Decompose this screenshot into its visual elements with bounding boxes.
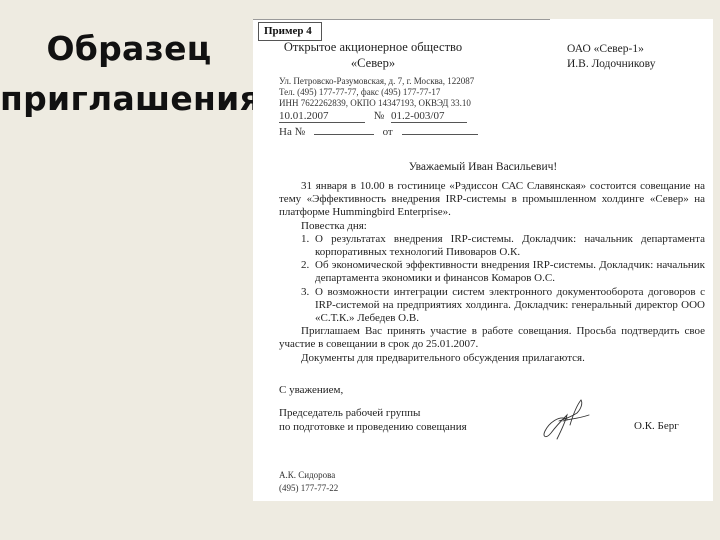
registration-line: 10.01.2007 № 01.2-003/07 bbox=[279, 110, 467, 123]
invitation-paragraph: Приглашаем Вас принять участие в работе … bbox=[279, 325, 705, 351]
ref-from-label: от bbox=[383, 126, 393, 138]
agenda-item-text: О возможности интеграции систем электрон… bbox=[315, 286, 705, 324]
greeting: Уважаемый Иван Васильевич! bbox=[253, 161, 713, 173]
executor-phone: (495) 177-77-22 bbox=[279, 482, 338, 495]
attachments-note: Документы для предварительного обсуждени… bbox=[279, 352, 705, 365]
agenda-list: 1. О результатах внедрения IRP-системы. … bbox=[279, 233, 705, 325]
reference-line: На № от bbox=[279, 123, 478, 139]
ref-label: На № bbox=[279, 126, 305, 138]
signatory-title-line-2: по подготовке и проведению совещания bbox=[279, 420, 467, 434]
number-label: № bbox=[374, 110, 385, 122]
sender-org-block: Открытое акционерное общество «Север» bbox=[273, 39, 473, 71]
signature-icon bbox=[537, 397, 597, 443]
signatory-name: О.К. Берг bbox=[634, 420, 679, 432]
slide-title: Образец приглашения bbox=[0, 24, 258, 124]
intro-paragraph: 31 января в 10.00 в гостинице «Рэдиссон … bbox=[279, 180, 705, 220]
letter-date: 10.01.2007 bbox=[279, 111, 365, 123]
recipient-person: И.В. Лодочникову bbox=[567, 57, 655, 72]
top-rule bbox=[253, 19, 550, 20]
slide-title-line-2: приглашения bbox=[0, 74, 258, 124]
agenda-item-number: 2. bbox=[301, 259, 309, 272]
sender-org-type: Открытое акционерное общество bbox=[273, 39, 473, 55]
slide-title-line-1: Образец bbox=[0, 24, 258, 74]
agenda-item-number: 1. bbox=[301, 233, 309, 246]
phone-line: Тел. (495) 177-77-77, факс (495) 177-77-… bbox=[279, 87, 474, 98]
agenda-item-number: 3. bbox=[301, 286, 309, 299]
invitation-letter: Пример 4 Открытое акционерное общество «… bbox=[253, 19, 713, 501]
letter-number: 01.2-003/07 bbox=[391, 111, 467, 123]
executor-block: А.К. Сидорова (495) 177-77-22 bbox=[279, 469, 338, 495]
sender-address: Ул. Петровско-Разумовская, д. 7, г. Моск… bbox=[279, 76, 474, 109]
executor-name: А.К. Сидорова bbox=[279, 469, 338, 482]
requisites-line: ИНН 7622262839, ОКПО 14347193, ОКВЭД 33.… bbox=[279, 98, 474, 109]
letter-body: 31 января в 10.00 в гостинице «Рэдиссон … bbox=[279, 180, 705, 365]
address-line: Ул. Петровско-Разумовская, д. 7, г. Моск… bbox=[279, 76, 474, 87]
recipient-block: ОАО «Север-1» И.В. Лодочникову bbox=[567, 42, 655, 72]
sender-org-name: «Север» bbox=[273, 55, 473, 71]
closing: С уважением, bbox=[279, 384, 343, 396]
agenda-item-text: О результатах внедрения IRP-системы. Док… bbox=[315, 233, 705, 258]
ref-number bbox=[314, 123, 374, 135]
signatory-title-line-1: Председатель рабочей группы bbox=[279, 406, 467, 420]
agenda-item-text: Об экономической эффективности внедрения… bbox=[315, 259, 705, 284]
signatory-title: Председатель рабочей группы по подготовк… bbox=[279, 406, 467, 434]
agenda-item: 3. О возможности интеграции систем элект… bbox=[279, 286, 705, 326]
agenda-item: 1. О результатах внедрения IRP-системы. … bbox=[279, 233, 705, 259]
agenda-item: 2. Об экономической эффективности внедре… bbox=[279, 259, 705, 285]
ref-date bbox=[402, 123, 478, 135]
recipient-org: ОАО «Север-1» bbox=[567, 42, 655, 57]
agenda-label: Повестка дня: bbox=[279, 220, 705, 233]
